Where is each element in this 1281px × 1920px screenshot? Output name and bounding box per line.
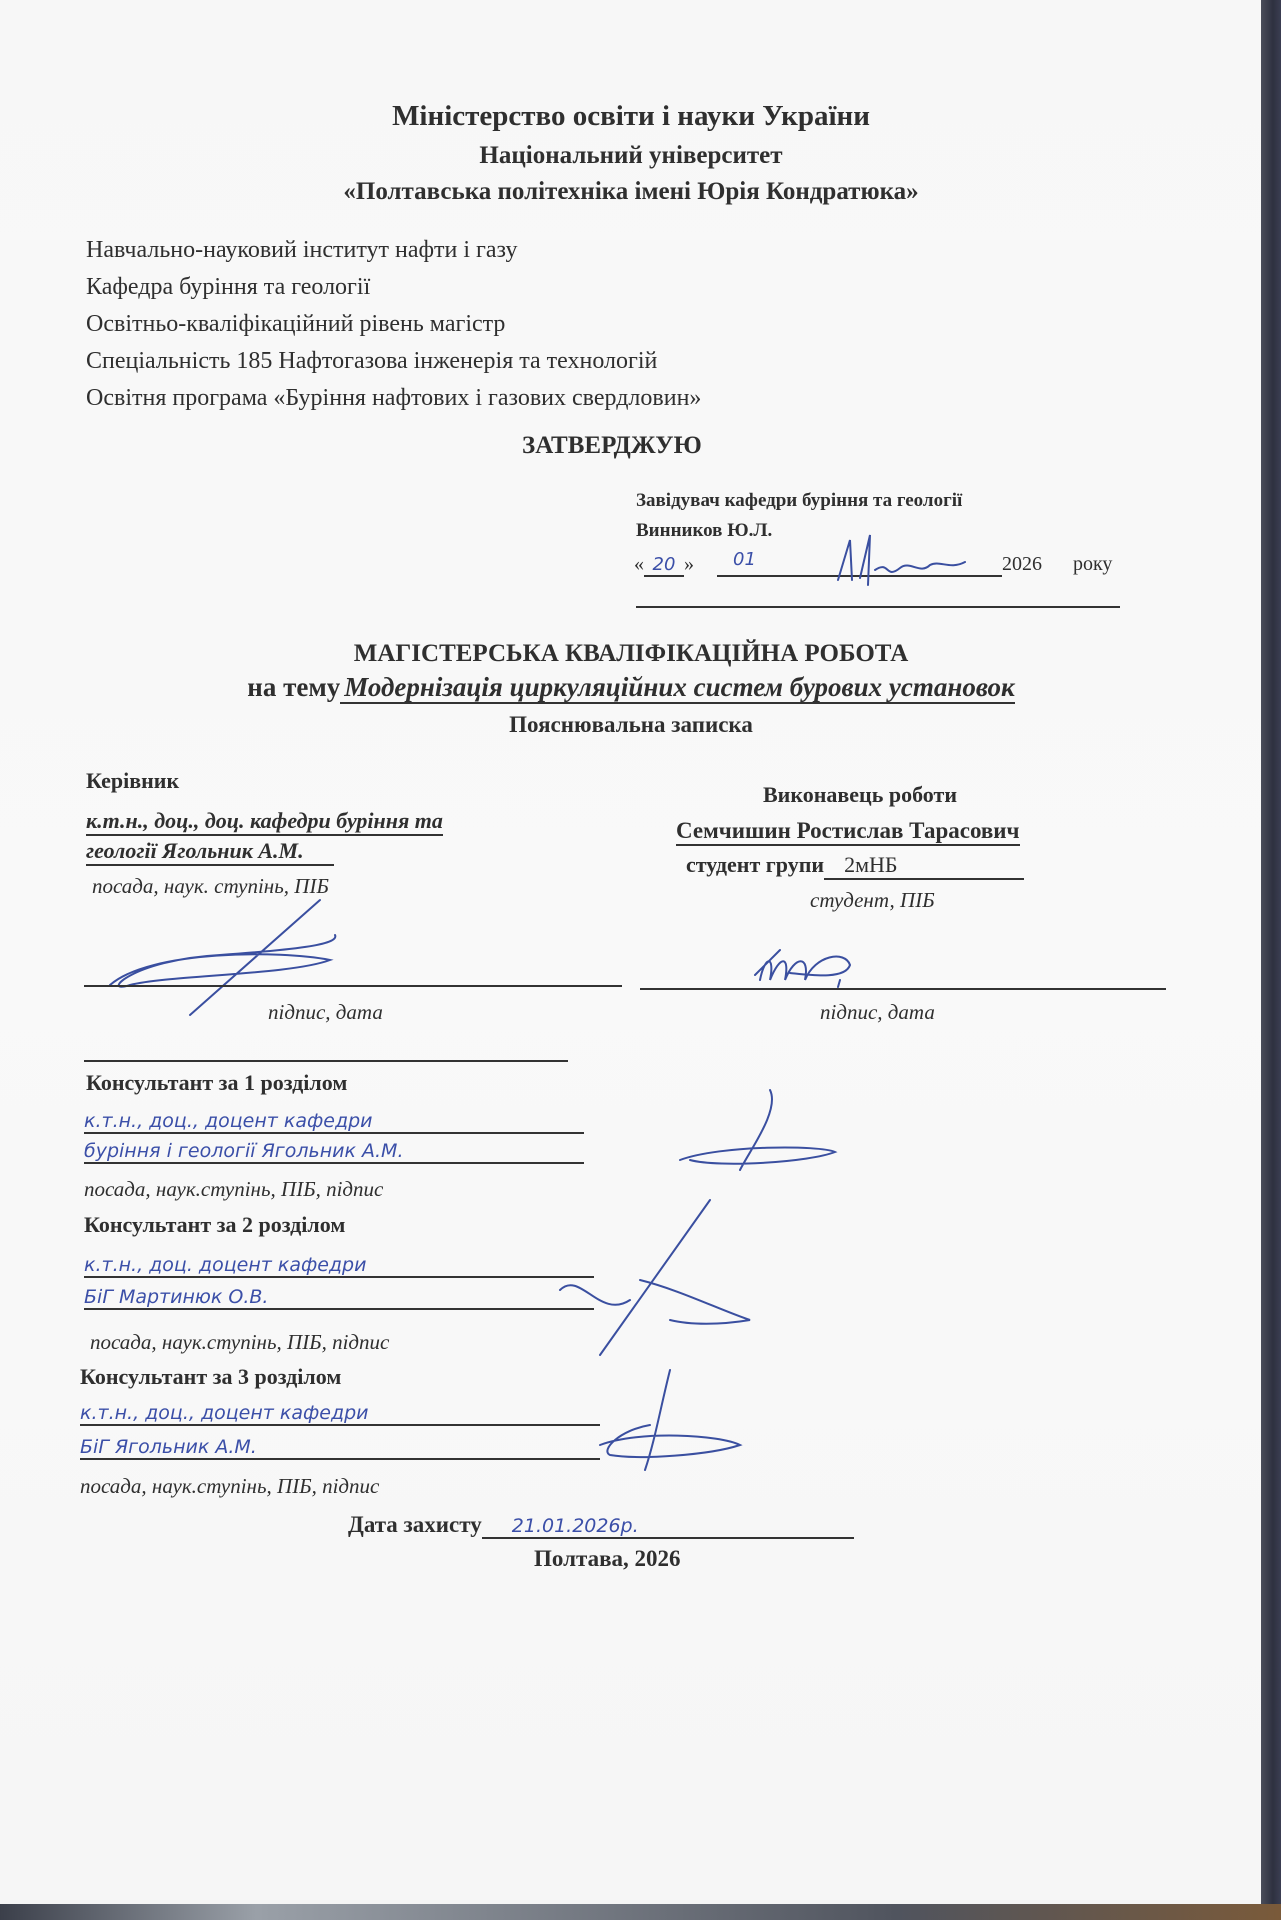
group-label: студент групи (686, 852, 824, 877)
university-title-line1: Національний університет (0, 142, 1262, 170)
supervisor-line1: к.т.н., доц., доц. кафедри буріння та (86, 808, 443, 836)
supervisor-line2: геології Ягольник А.М. (86, 838, 334, 866)
supervisor-label: Керівник (86, 768, 179, 794)
approval-day: 20 (644, 554, 684, 577)
approval-year: 2026 (1002, 553, 1042, 575)
consultant-3-hw-line2: БіГ Ягольник А.М. (80, 1436, 600, 1460)
quote-open: « (634, 553, 644, 575)
performer-signature-line (640, 988, 1166, 990)
specialty-line: Спеціальність 185 Нафтогазова інженерія … (86, 343, 701, 380)
institute-line: Навчально-науковий інститут нафти і газу (86, 232, 701, 269)
city-year: Полтава, 2026 (534, 1546, 681, 1572)
university-title-line2: «Полтавська політехніка імені Юрія Кондр… (0, 178, 1262, 206)
work-title: МАГІСТЕРСЬКА КВАЛІФІКАЦІЙНА РОБОТА (0, 640, 1262, 668)
topic-title: Модернізація циркуляційних систем бурови… (340, 672, 1015, 704)
consultant-3-caption: посада, наук.ступінь, ПІБ, підпис (80, 1474, 379, 1499)
document-page: Міністерство освіти і науки України Наці… (0, 0, 1262, 1900)
consultant-1-caption: посада, наук.ступінь, ПІБ, підпис (84, 1177, 383, 1202)
consultant-1-hw-line1: к.т.н., доц., доцент кафедри (84, 1110, 584, 1134)
desk-surface (0, 1904, 1281, 1920)
defense-row: Дата захисту21.01.2026р. (348, 1512, 854, 1539)
group-value: 2мНБ (824, 852, 1024, 880)
consultant-2-hw-line2: БіГ Мартинюк О.В. (84, 1286, 594, 1310)
consultant-2-caption: посада, наук.ступінь, ПІБ, підпис (90, 1330, 389, 1355)
approval-position: Завідувач кафедри буріння та геології (636, 490, 962, 512)
department-line: Кафедра буріння та геології (86, 269, 701, 306)
defense-date: 21.01.2026р. (482, 1515, 854, 1539)
supervisor-signature-line (84, 985, 622, 987)
head-signature-icon (830, 530, 970, 590)
topic-row: на темуМодернізація циркуляційних систем… (0, 672, 1262, 703)
subtitle: Пояснювальна записка (0, 712, 1262, 738)
approval-heading: ЗАТВЕРДЖУЮ (522, 432, 702, 460)
approval-year-suffix: року (1073, 553, 1112, 575)
info-block: Навчально-науковий інститут нафти і газу… (86, 232, 701, 417)
consultant-3-hw-line1: к.т.н., доц., доцент кафедри (80, 1402, 600, 1426)
ministry-title: Міністерство освіти і науки України (0, 100, 1262, 133)
performer-group-row: студент групи2мНБ (686, 852, 1024, 880)
consultant-1-signature-icon (660, 1090, 840, 1180)
degree-line: Освітньо-кваліфікаційний рівень магістр (86, 306, 701, 343)
quote-close: » (684, 553, 694, 575)
defense-label: Дата захисту (348, 1512, 482, 1537)
consultant-2-label: Консультант за 2 розділом (84, 1212, 345, 1238)
consultant-3-signature-icon (560, 1370, 760, 1480)
approval-name: Винников Ю.Л. (636, 520, 772, 542)
supervisor-caption: посада, наук. ступінь, ПІБ (92, 874, 329, 899)
consultant-2-hw-line1: к.т.н., доц. доцент кафедри (84, 1254, 594, 1278)
page-edge-shadow (1261, 0, 1281, 1920)
separator-line (84, 1060, 568, 1062)
performer-name: Семчишин Ростислав Тарасович (676, 818, 1020, 846)
performer-label: Виконавець роботи (640, 782, 1080, 808)
performer-signature-icon (750, 945, 860, 990)
approval-signature-line (636, 606, 1120, 608)
approval-month: 01 (733, 549, 756, 570)
topic-prefix: на тему (247, 672, 340, 702)
program-line: Освітня програма «Буріння нафтових і газ… (86, 380, 701, 417)
consultant-1-label: Консультант за 1 розділом (86, 1070, 347, 1096)
consultant-1-hw-line2: буріння і геології Ягольник А.М. (84, 1140, 584, 1164)
supervisor-sign-caption: підпис, дата (268, 1000, 383, 1025)
performer-sign-caption: підпис, дата (820, 1000, 935, 1025)
performer-caption: студент, ПІБ (810, 888, 935, 913)
consultant-3-label: Консультант за 3 розділом (80, 1364, 341, 1390)
consultant-2-signature-icon (520, 1200, 760, 1360)
